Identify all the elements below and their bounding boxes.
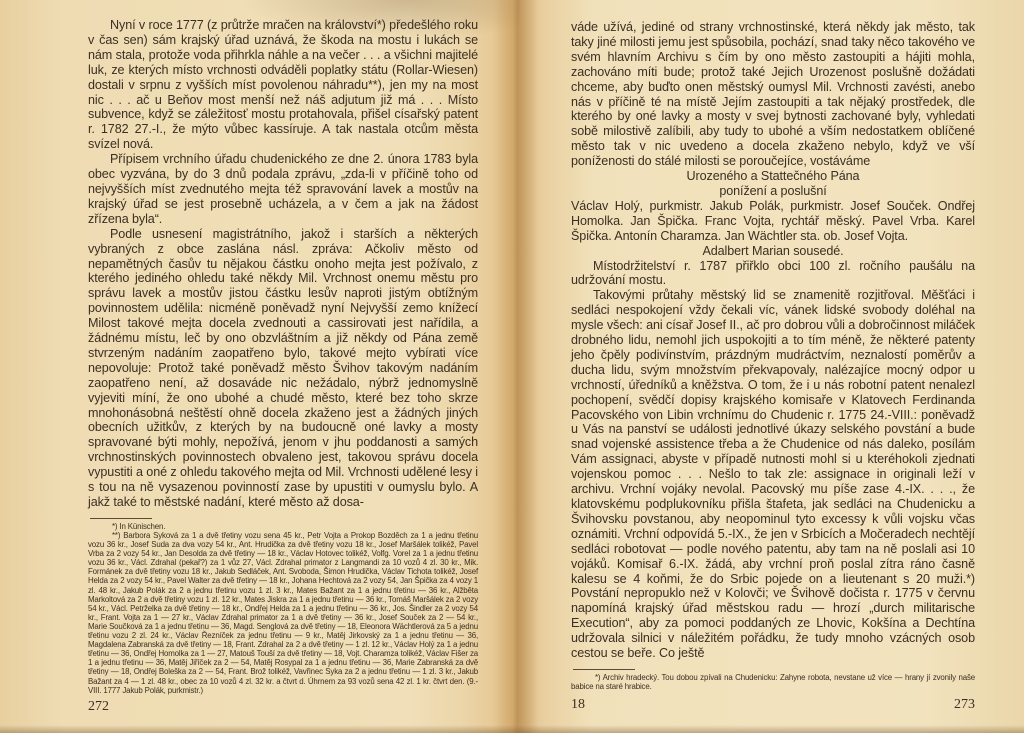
salutation-line: ponížení a poslušní: [571, 184, 975, 199]
paragraph: váde užívá, jediné od strany vrchnostins…: [571, 20, 975, 169]
footnote: **) Barbora Syková za 1 a dvě třetiny vo…: [88, 531, 478, 695]
footnote: *) In Künischen.: [88, 522, 478, 531]
signatories-last: Adalbert Marian sousedé.: [571, 244, 975, 259]
signature-mark: 18: [571, 697, 585, 713]
paragraph: Přípisem vrchního úřadu chudenického ze …: [88, 152, 478, 227]
left-page-body: Nyní v roce 1777 (z průtrže mračen na kr…: [88, 18, 478, 510]
right-page-body: váde užívá, jediné od strany vrchnostins…: [571, 20, 975, 661]
salutation-line: Urozeného a Stattečného Pána: [571, 169, 975, 184]
signatories: Václav Holý, purkmistr. Jakub Polák, pur…: [571, 199, 975, 244]
footnote-divider: [90, 518, 152, 519]
paragraph: Místodržitelství r. 1787 přiřklo obci 10…: [571, 259, 975, 289]
page-number: 272: [88, 699, 478, 715]
book-gutter: [492, 0, 538, 733]
footnote-divider: [573, 669, 635, 670]
paragraph: Podle usnesení magistrátního, jakož i st…: [88, 227, 478, 510]
left-page-footnotes: *) In Künischen. **) Barbora Syková za 1…: [88, 522, 478, 695]
page-footer: 18 273: [571, 693, 975, 713]
page-bottom-edge: [0, 725, 1024, 733]
paragraph: Nyní v roce 1777 (z průtrže mračen na kr…: [88, 18, 478, 152]
left-page: Nyní v roce 1777 (z průtrže mračen na kr…: [88, 18, 478, 715]
right-page-footnotes: *) Archiv hradecký. Tou dobou zpívali na…: [571, 673, 975, 691]
right-page: váde užívá, jediné od strany vrchnostins…: [571, 20, 975, 713]
footnote: *) Archiv hradecký. Tou dobou zpívali na…: [571, 673, 975, 691]
page-number: 273: [954, 697, 975, 713]
book-spread: Nyní v roce 1777 (z průtrže mračen na kr…: [0, 0, 1024, 733]
paragraph: Takovými průtahy městský lid se znamenit…: [571, 288, 975, 661]
